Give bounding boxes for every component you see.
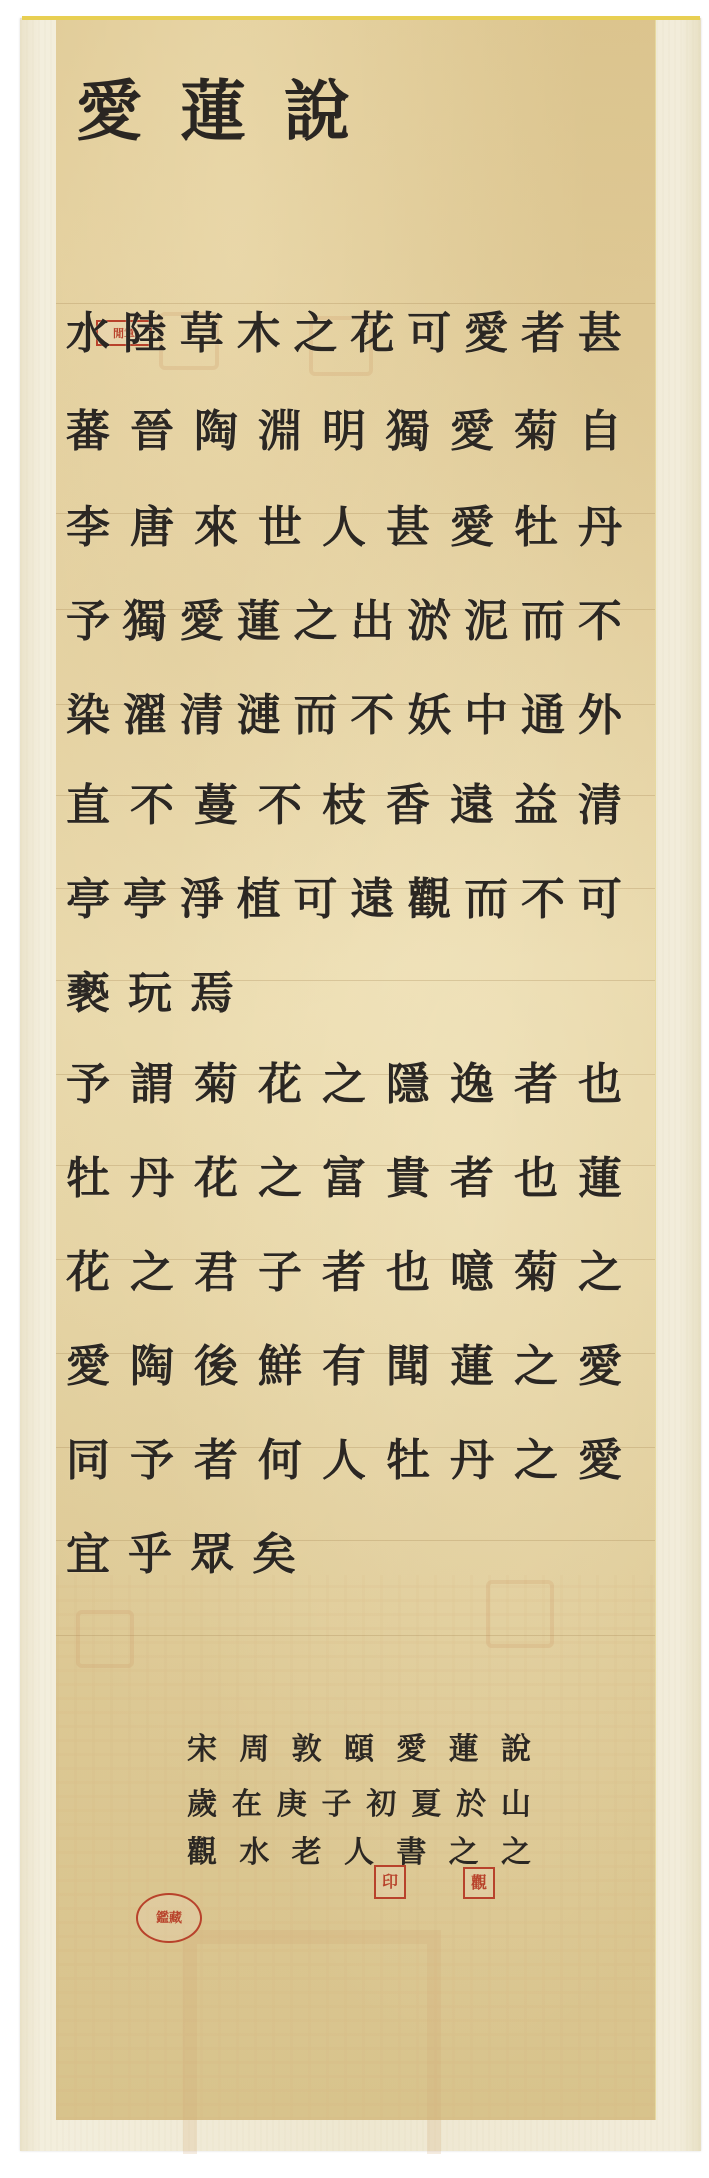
- calligraphy-char: 淵: [256, 410, 304, 454]
- colophon-char: 山: [498, 1790, 534, 1820]
- calligraphy-char: 予: [64, 600, 112, 644]
- calligraphy-char: 人: [320, 1439, 368, 1483]
- calligraphy-char: 花: [256, 1063, 304, 1107]
- calligraphy-char: 者: [519, 312, 567, 356]
- text-row: 染濯清漣而不妖中通外: [64, 694, 624, 738]
- ruled-line: [56, 1635, 655, 1636]
- calligraphy-char: 獨: [384, 410, 432, 454]
- calligraphy-char: 愛: [448, 506, 496, 550]
- calligraphy-char: 後: [192, 1345, 240, 1389]
- text-row: 予謂菊花之隱逸者也: [64, 1063, 624, 1107]
- calligraphy-char: 者: [448, 1157, 496, 1201]
- calligraphy-char: 隱: [384, 1063, 432, 1107]
- calligraphy-char: 不: [348, 694, 396, 738]
- calligraphy-char: 中: [462, 694, 510, 738]
- calligraphy-char: 焉: [188, 972, 236, 1016]
- calligraphy-char: 之: [256, 1157, 304, 1201]
- calligraphy-char: 不: [576, 600, 624, 644]
- calligraphy-char: 丹: [576, 506, 624, 550]
- calligraphy-char: 之: [292, 600, 340, 644]
- calligraphy-char: 菊: [192, 1063, 240, 1107]
- calligraphy-char: 泥: [462, 600, 510, 644]
- calligraphy-char: 褻: [64, 972, 112, 1016]
- calligraphy-char: 牡: [64, 1157, 112, 1201]
- calligraphy-char: 陸: [121, 312, 169, 356]
- calligraphy-char: 枝: [320, 784, 368, 828]
- calligraphy-char: 而: [292, 694, 340, 738]
- calligraphy-char: 菊: [512, 410, 560, 454]
- colophon-char: 之: [446, 1838, 482, 1868]
- calligraphy-char: 之: [576, 1251, 624, 1295]
- calligraphy-char: 陶: [192, 410, 240, 454]
- calligraphy-char: 草: [178, 312, 226, 356]
- text-row: 愛陶後鮮有聞蓮之愛: [64, 1345, 624, 1389]
- calligraphy-char: 子: [256, 1251, 304, 1295]
- calligraphy-char: 蔓: [192, 784, 240, 828]
- colophon-char: 歲: [184, 1790, 220, 1820]
- calligraphy-char: 獨: [121, 600, 169, 644]
- colophon-char: 周: [236, 1735, 272, 1765]
- calligraphy-char: 花: [348, 312, 396, 356]
- colophon-char: 書: [393, 1838, 429, 1868]
- calligraphy-char: 也: [576, 1063, 624, 1107]
- calligraphy-char: 而: [462, 878, 510, 922]
- calligraphy-char: 而: [519, 600, 567, 644]
- calligraphy-char: 之: [512, 1345, 560, 1389]
- calligraphy-char: 不: [128, 784, 176, 828]
- colophon-char: 說: [498, 1735, 534, 1765]
- ghost-seal: [486, 1580, 554, 1648]
- calligraphy-char: 謂: [128, 1063, 176, 1107]
- calligraphy-char: 愛: [462, 312, 510, 356]
- calligraphy-char: 予: [64, 1063, 112, 1107]
- calligraphy-char: 逸: [448, 1063, 496, 1107]
- text-row: 牡丹花之富貴者也蓮: [64, 1157, 624, 1201]
- colophon-char: 頤: [341, 1735, 377, 1765]
- calligraphy-char: 也: [512, 1157, 560, 1201]
- calligraphy-char: 可: [292, 878, 340, 922]
- calligraphy-char: 蓮: [448, 1345, 496, 1389]
- colophon-char: 於: [453, 1790, 489, 1820]
- calligraphy-char: 觀: [405, 878, 453, 922]
- calligraphy-char: 同: [64, 1439, 112, 1483]
- title-char: 說: [284, 78, 350, 144]
- calligraphy-char: 來: [192, 506, 240, 550]
- calligraphy-char: 何: [256, 1439, 304, 1483]
- colophon-char: 敦: [289, 1735, 325, 1765]
- calligraphy-char: 愛: [576, 1439, 624, 1483]
- calligraphy-char: 者: [192, 1439, 240, 1483]
- colophon-char: 在: [229, 1790, 265, 1820]
- ruled-line: [56, 303, 655, 304]
- title-char: 蓮: [180, 78, 246, 144]
- calligraphy-char: 漣: [235, 694, 283, 738]
- calligraphy-char: 染: [64, 694, 112, 738]
- calligraphy-char: 淨: [178, 878, 226, 922]
- colophon-char: 人: [341, 1838, 377, 1868]
- calligraphy-char: 愛: [178, 600, 226, 644]
- calligraphy-char: 自: [576, 410, 624, 454]
- calligraphy-char: 亭: [64, 878, 112, 922]
- calligraphy-char: 眾: [188, 1533, 236, 1577]
- text-row: 褻玩焉: [64, 972, 624, 1016]
- calligraphy-char: 濯: [121, 694, 169, 738]
- calligraphy-char: 聞: [384, 1345, 432, 1389]
- calligraphy-char: 明: [320, 410, 368, 454]
- calligraphy-char: 妖: [405, 694, 453, 738]
- calligraphy-char: 遠: [448, 784, 496, 828]
- calligraphy-char: 君: [192, 1251, 240, 1295]
- calligraphy-char: 蓮: [576, 1157, 624, 1201]
- text-row: 李唐來世人甚愛牡丹: [64, 506, 624, 550]
- calligraphy-char: 外: [576, 694, 624, 738]
- collector-seal: 鑑藏: [136, 1893, 202, 1943]
- ghost-seal: [76, 1610, 134, 1668]
- calligraphy-char: 牡: [384, 1439, 432, 1483]
- calligraphy-char: 不: [519, 878, 567, 922]
- calligraphy-char: 水: [64, 312, 112, 356]
- calligraphy-char: 蕃: [64, 410, 112, 454]
- calligraphy-char: 之: [128, 1251, 176, 1295]
- text-row: 直不蔓不枝香遠益清: [64, 784, 624, 828]
- colophon-char: 子: [319, 1790, 355, 1820]
- calligraphy-char: 牡: [512, 506, 560, 550]
- colophon-char: 之: [498, 1838, 534, 1868]
- text-row: 花之君子者也噫菊之: [64, 1251, 624, 1295]
- calligraphy-char: 晉: [128, 410, 176, 454]
- calligraphy-char: 愛: [448, 410, 496, 454]
- calligraphy-char: 可: [576, 878, 624, 922]
- calligraphy-char: 木: [235, 312, 283, 356]
- text-row: 同予者何人牡丹之愛: [64, 1439, 624, 1483]
- calligraphy-char: 清: [576, 784, 624, 828]
- calligraphy-char: 陶: [128, 1345, 176, 1389]
- calligraphy-char: 之: [320, 1063, 368, 1107]
- title-char: 愛: [76, 78, 142, 144]
- calligraphy-char: 甚: [576, 312, 624, 356]
- text-row: 宜乎眾矣: [64, 1533, 624, 1577]
- calligraphy-char: 丹: [448, 1439, 496, 1483]
- colophon-char: 愛: [393, 1735, 429, 1765]
- colophon-row: 宋周敦頤愛蓮說: [184, 1735, 534, 1765]
- colophon-char: 蓮: [446, 1735, 482, 1765]
- text-row: 亭亭淨植可遠觀而不可: [64, 878, 624, 922]
- text-row: 蕃晉陶淵明獨愛菊自: [64, 410, 624, 454]
- calligraphy-char: 花: [192, 1157, 240, 1201]
- calligraphy-char: 直: [64, 784, 112, 828]
- calligraphy-char: 植: [235, 878, 283, 922]
- calligraphy-char: 貴: [384, 1157, 432, 1201]
- calligraphy-char: 李: [64, 506, 112, 550]
- calligraphy-char: 乎: [126, 1533, 174, 1577]
- calligraphy-char: 宜: [64, 1533, 112, 1577]
- calligraphy-char: 予: [128, 1439, 176, 1483]
- colophon-char: 觀: [184, 1838, 220, 1868]
- calligraphy-char: 人: [320, 506, 368, 550]
- calligraphy-char: 香: [384, 784, 432, 828]
- text-row: 水陸草木之花可愛者甚: [64, 312, 624, 356]
- calligraphy-char: 噫: [448, 1251, 496, 1295]
- calligraphy-char: 不: [256, 784, 304, 828]
- scroll-title: 愛 蓮 說: [76, 78, 350, 144]
- colophon-char: 水: [236, 1838, 272, 1868]
- calligraphy-char: 矣: [250, 1533, 298, 1577]
- signature-seal: 觀: [463, 1867, 495, 1899]
- calligraphy-char: 可: [405, 312, 453, 356]
- calligraphy-char: 蓮: [235, 600, 283, 644]
- calligraphy-char: 淤: [405, 600, 453, 644]
- calligraphy-char: 之: [512, 1439, 560, 1483]
- colophon-row: 觀水老人書之之: [184, 1838, 534, 1868]
- signature-seal: 印: [374, 1865, 406, 1899]
- calligraphy-char: 也: [384, 1251, 432, 1295]
- calligraphy-char: 有: [320, 1345, 368, 1389]
- calligraphy-char: 花: [64, 1251, 112, 1295]
- calligraphy-char: 者: [512, 1063, 560, 1107]
- calligraphy-char: 通: [519, 694, 567, 738]
- calligraphy-char: 菊: [512, 1251, 560, 1295]
- text-row: 予獨愛蓮之出淤泥而不: [64, 600, 624, 644]
- calligraphy-char: 愛: [576, 1345, 624, 1389]
- calligraphy-char: 者: [320, 1251, 368, 1295]
- colophon-char: 老: [289, 1838, 325, 1868]
- colophon-row: 歲在庚子初夏於山: [184, 1790, 534, 1820]
- colophon-char: 宋: [184, 1735, 220, 1765]
- calligraphy-char: 之: [292, 312, 340, 356]
- calligraphy-char: 亭: [121, 878, 169, 922]
- calligraphy-char: 世: [256, 506, 304, 550]
- calligraphy-char: 唐: [128, 506, 176, 550]
- calligraphy-char: 出: [348, 600, 396, 644]
- calligraphy-char: 富: [320, 1157, 368, 1201]
- calligraphy-char: 清: [178, 694, 226, 738]
- calligraphy-char: 甚: [384, 506, 432, 550]
- colophon-char: 夏: [408, 1790, 444, 1820]
- calligraphy-char: 玩: [126, 972, 174, 1016]
- colophon-char: 庚: [274, 1790, 310, 1820]
- ghost-seal-large: [183, 1930, 441, 2154]
- calligraphy-char: 遠: [348, 878, 396, 922]
- calligraphy-char: 益: [512, 784, 560, 828]
- calligraphy-char: 愛: [64, 1345, 112, 1389]
- calligraphy-char: 丹: [128, 1157, 176, 1201]
- calligraphy-char: 鮮: [256, 1345, 304, 1389]
- colophon-char: 初: [363, 1790, 399, 1820]
